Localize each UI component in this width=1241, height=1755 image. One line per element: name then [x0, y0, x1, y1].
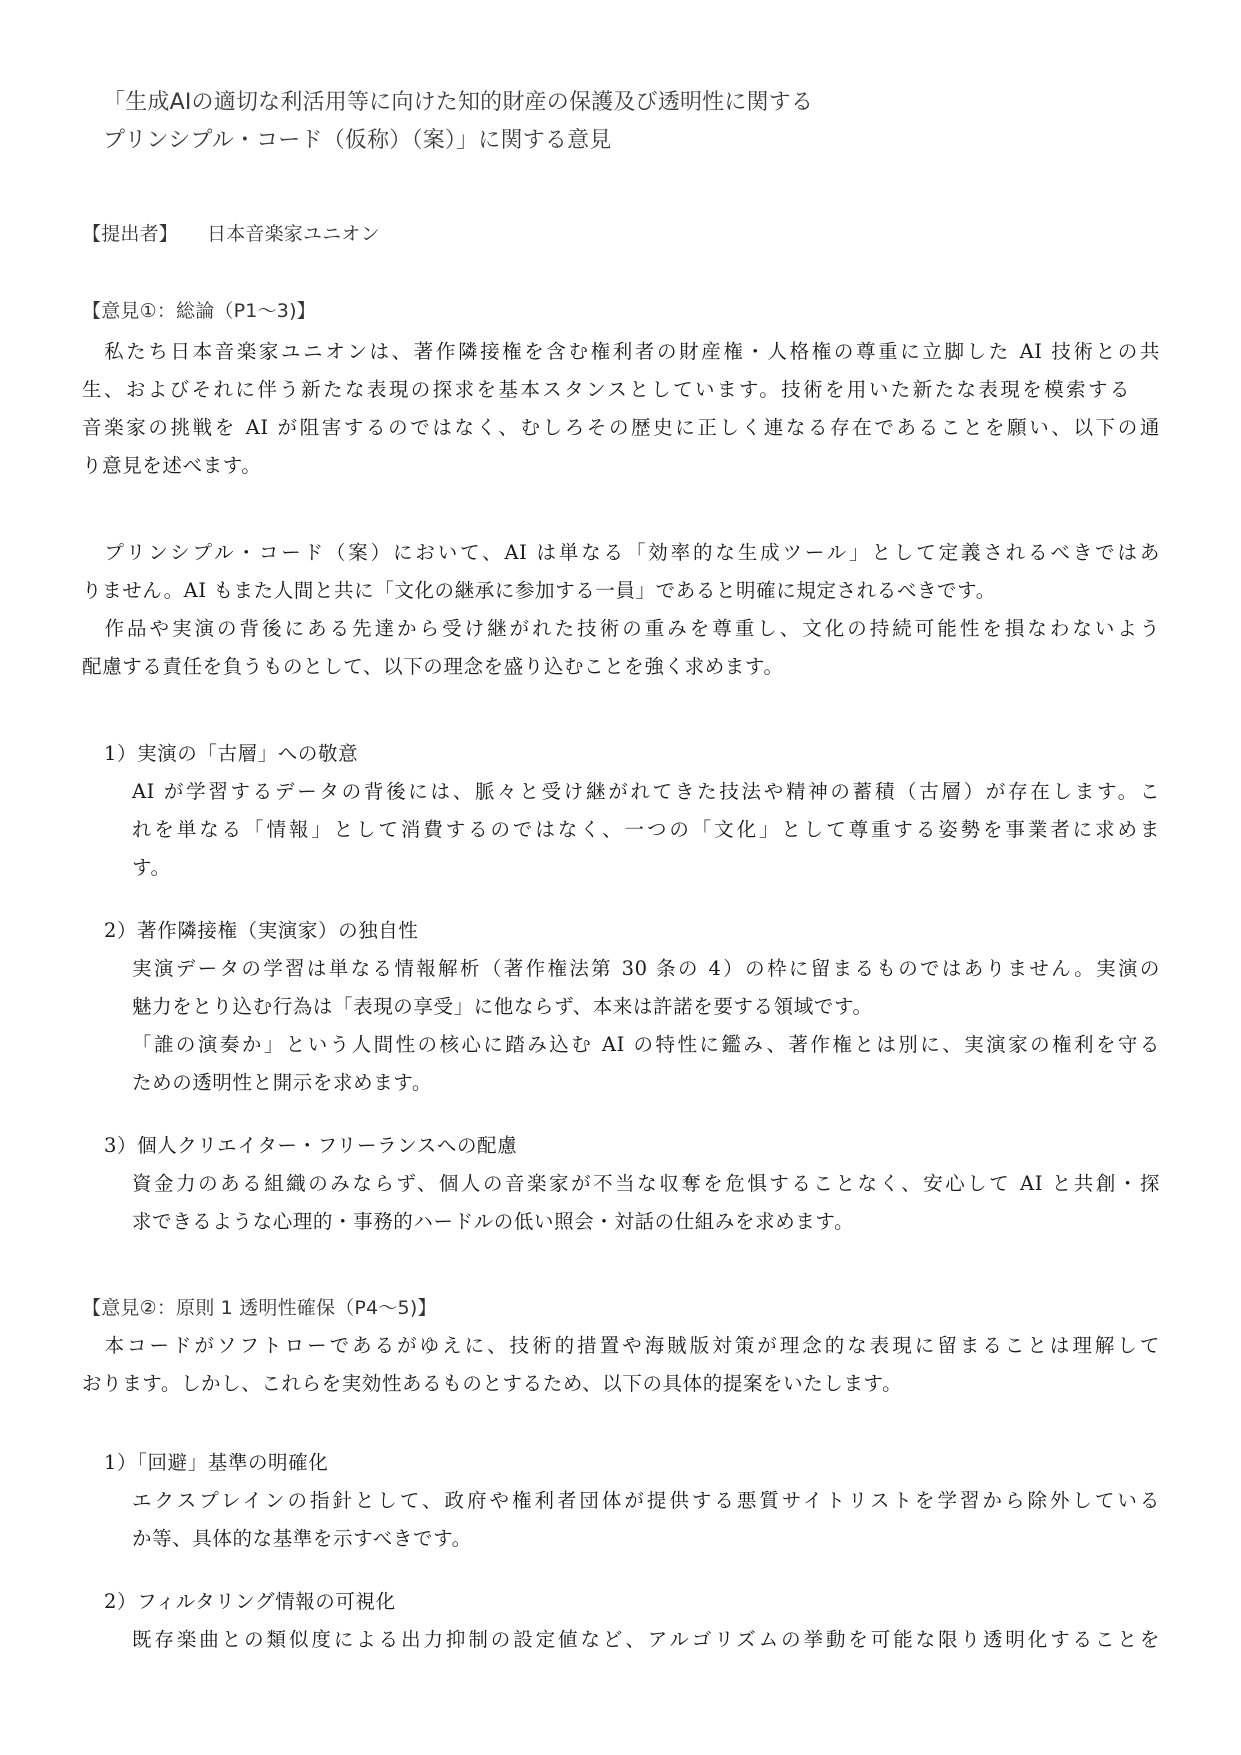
- paragraph-line: りません。AI もまた人間と共に「文化の継承に参加する一員」であると明確に規定さ…: [82, 579, 996, 603]
- item-line: す。: [132, 856, 171, 880]
- submitter-label: 【提出者】: [82, 222, 178, 246]
- item-title: 1）「回避」基準の明確化: [104, 1451, 328, 1475]
- section-1-heading: 【意見①：総論（P1～3)】: [82, 299, 316, 323]
- item-line: 「誰の演奏か」という人間性の核心に踏み込む AI の特性に鑑み、著作権とは別に、…: [132, 1033, 1160, 1057]
- paragraph-line: 私たち日本音楽家ユニオンは、著作隣接権を含む権利者の財産権・人格権の尊重に立脚し…: [82, 340, 1160, 364]
- submitter-name: 日本音楽家ユニオン: [207, 222, 380, 246]
- item-line: エクスプレインの指針として、政府や権利者団体が提供する悪質サイトリストを学習から…: [132, 1489, 1160, 1513]
- document-title-line-2: プリンシプル・コード（仮称）（案）」に関する意見: [103, 127, 612, 155]
- item-line: AI が学習するデータの背後には、脈々と受け継がれてきた技法や精神の蓄積（古層）…: [132, 780, 1160, 804]
- item-line: れを単なる「情報」として消費するのではなく、一つの「文化」として尊重する姿勢を事…: [132, 818, 1160, 842]
- item-title: 2）著作隣接権（実演家）の独自性: [104, 919, 419, 943]
- paragraph-line: り意見を述べます。: [82, 454, 261, 478]
- item-line: 実演データの学習は単なる情報解析（著作権法第 30 条の 4）の枠に留まるもので…: [132, 957, 1160, 981]
- item-line: ための透明性と開示を求めます。: [132, 1071, 432, 1095]
- paragraph-line: おります。しかし、これらを実効性あるものとするため、以下の具体的提案をいたします…: [82, 1372, 902, 1396]
- item-title: 1）実演の「古層」への敬意: [104, 742, 358, 766]
- item-line: 魅力をとり込む行為は「表現の享受」に他ならず、本来は許諾を要する領域です。: [132, 995, 873, 1019]
- item-line: 既存楽曲との類似度による出力抑制の設定値など、アルゴリズムの挙動を可能な限り透明…: [132, 1628, 1160, 1652]
- item-line: 求できるような心理的・事務的ハードルの低い照会・対話の仕組みを求めます。: [132, 1210, 854, 1234]
- paragraph-line: プリンシプル・コード（案）において、AI は単なる「効率的な生成ツール」として定…: [82, 541, 1160, 565]
- item-title: 3）個人クリエイター・フリーランスへの配慮: [104, 1134, 517, 1158]
- paragraph-line: 生、およびそれに伴う新たな表現の探求を基本スタンスとしています。技術を用いた新た…: [82, 378, 1130, 402]
- section-2-heading: 【意見②：原則 1 透明性確保（P4～5)】: [82, 1296, 437, 1320]
- paragraph-line: 作品や実演の背後にある先達から受け継がれた技術の重みを尊重し、文化の持続可能性を…: [82, 617, 1160, 641]
- document-page: 「生成AIの適切な利活用等に向けた知的財産の保護及び透明性に関する プリンシプル…: [0, 0, 1241, 1755]
- item-line: 資金力のある組織のみならず、個人の音楽家が不当な収奪を危惧することなく、安心して…: [132, 1172, 1160, 1196]
- item-line: か等、具体的な基準を示すべきです。: [132, 1527, 472, 1551]
- paragraph-line: 配慮する責任を負うものとして、以下の理念を盛り込むことを強く求めます。: [82, 655, 784, 679]
- item-title: 2）フィルタリング情報の可視化: [104, 1590, 396, 1614]
- paragraph-line: 音楽家の挑戦を AI が阻害するのではなく、むしろその歴史に正しく連なる存在であ…: [82, 416, 1160, 440]
- paragraph-line: 本コードがソフトローであるがゆえに、技術的措置や海賊版対策が理念的な表現に留まる…: [82, 1334, 1160, 1358]
- document-title-line-1: 「生成AIの適切な利活用等に向けた知的財産の保護及び透明性に関する: [103, 89, 813, 117]
